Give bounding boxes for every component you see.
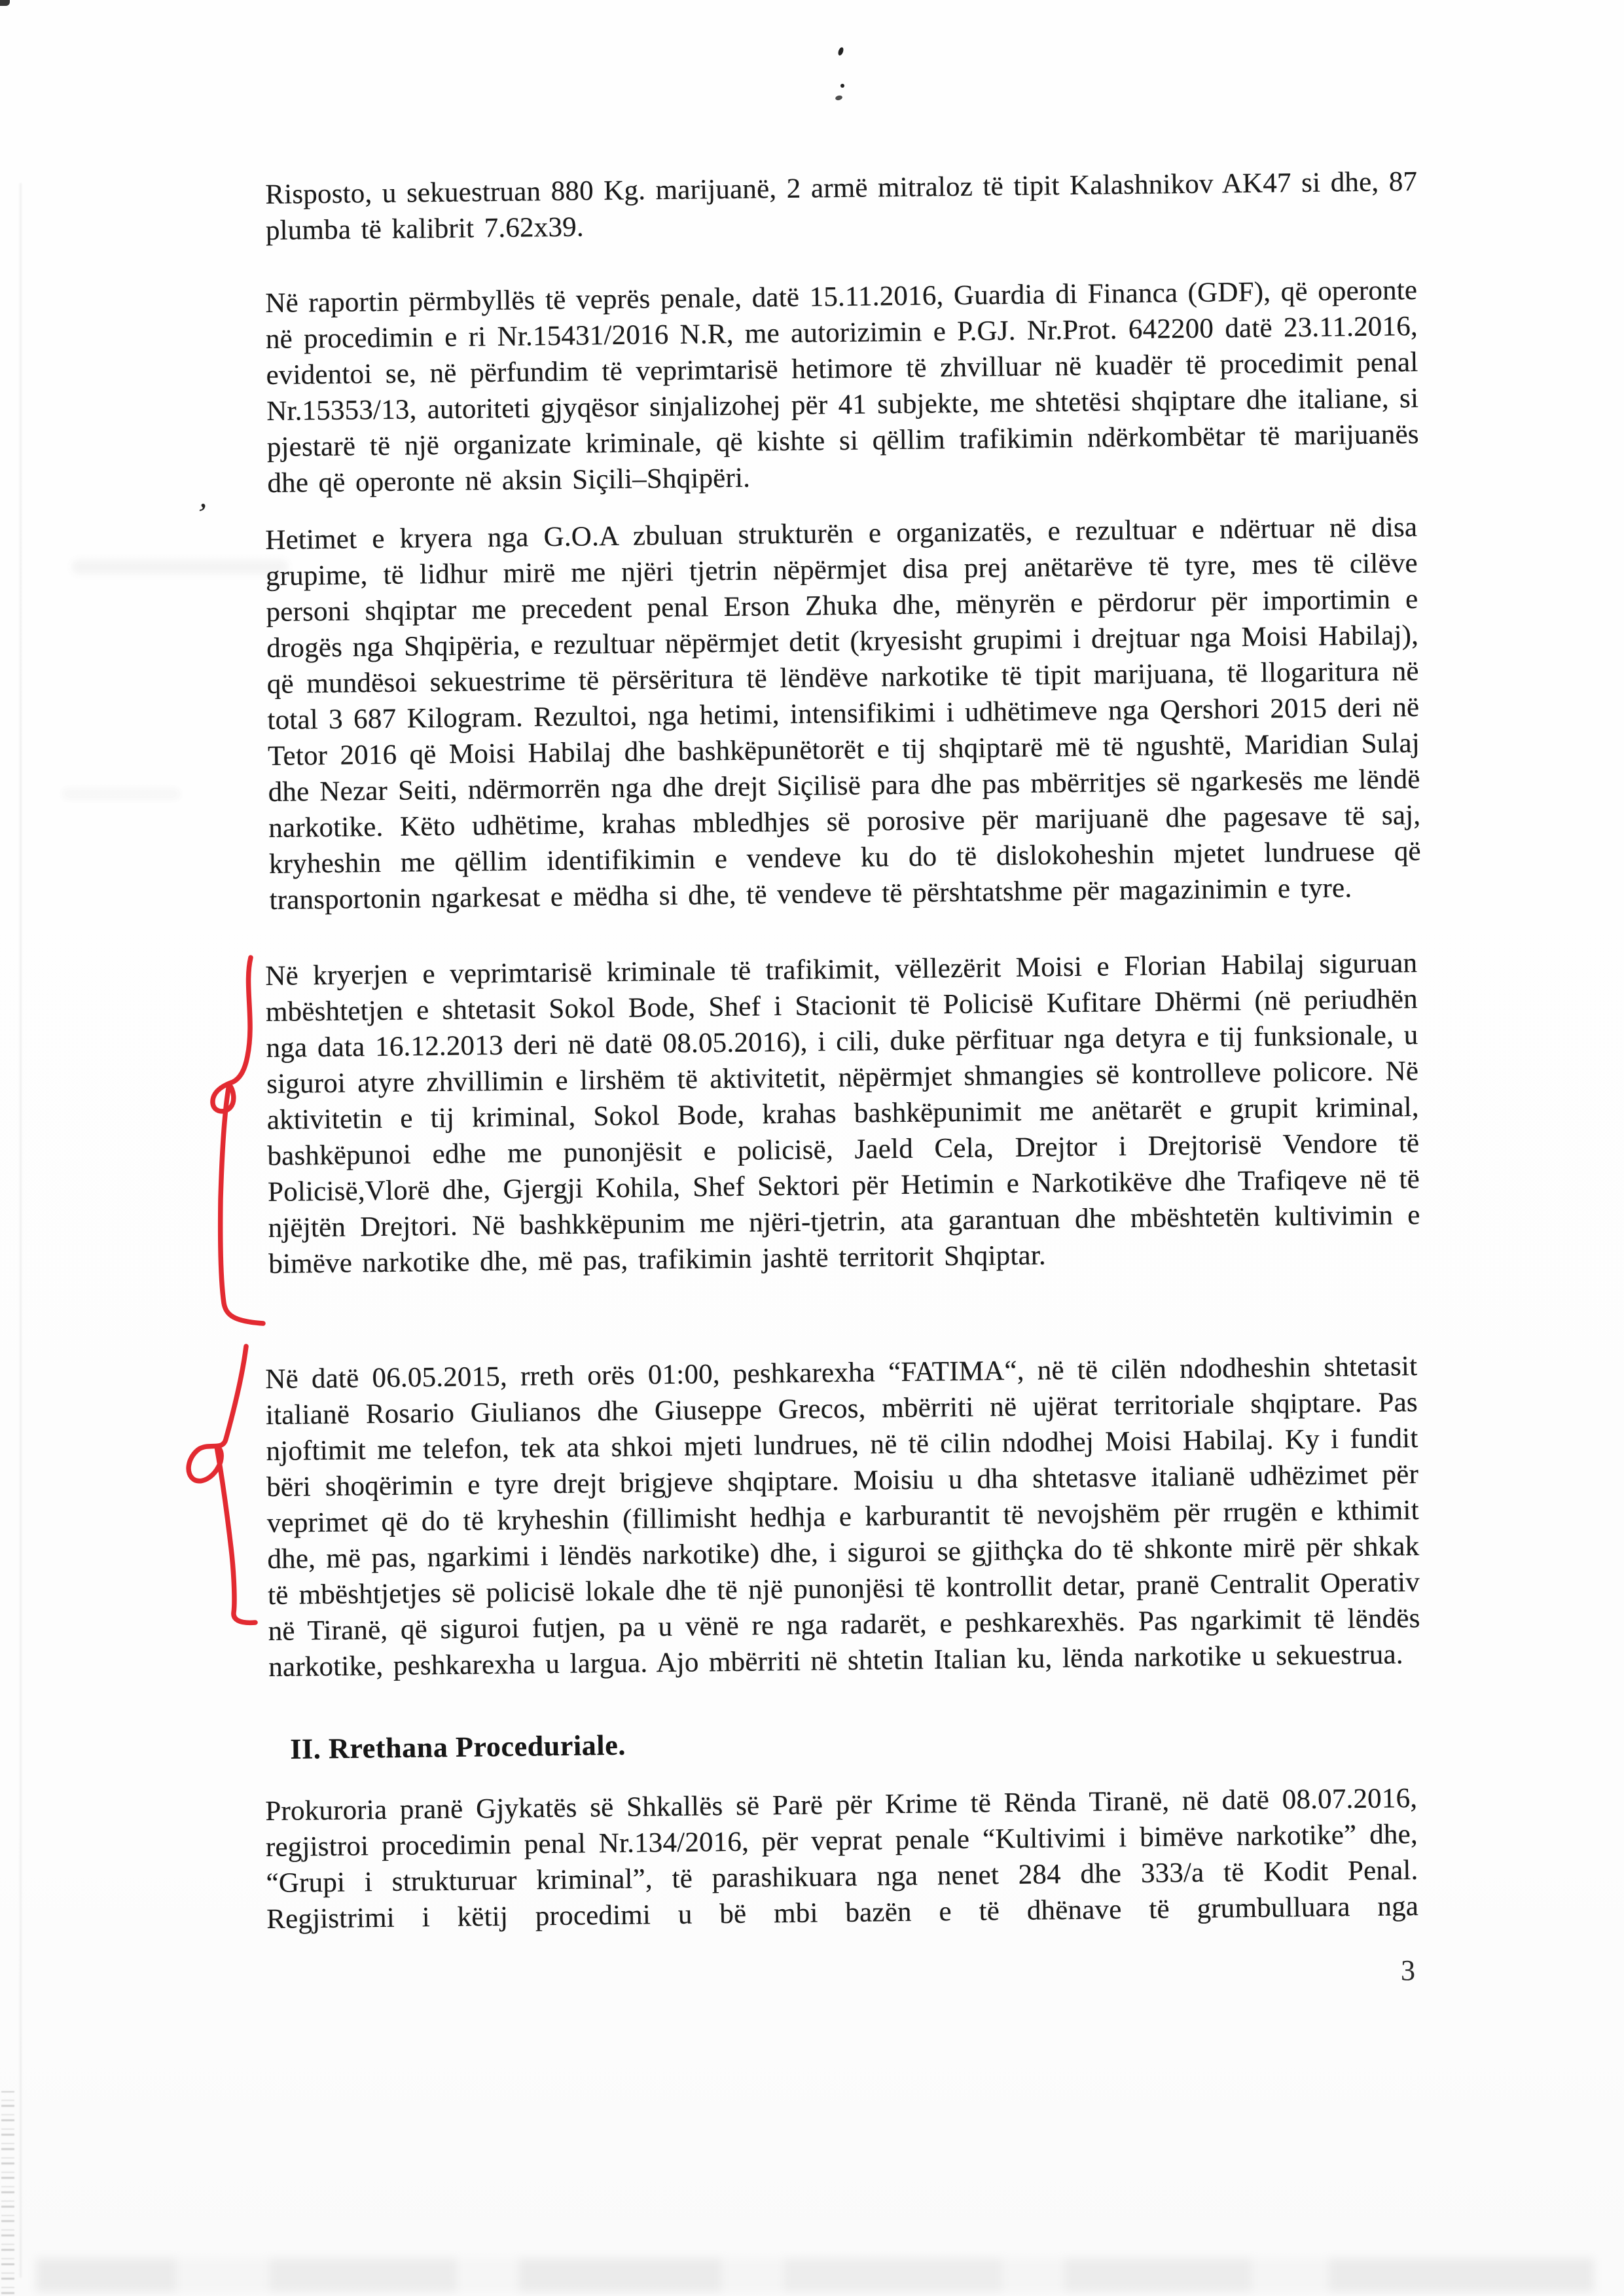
paragraph-seizure: Risposto, u sekuestruan 880 Kg. marijuan… xyxy=(265,164,1418,249)
scan-bottom-shadow xyxy=(36,2258,1594,2292)
paragraph-goa-investigation: Hetimet e kryera nga G.O.A zbuluan struk… xyxy=(265,509,1422,918)
scan-smudge xyxy=(62,789,180,799)
scan-smudge xyxy=(72,560,288,574)
paragraph-gdf-report: Në raportin përmbyllës të veprës penale,… xyxy=(265,272,1420,501)
scanned-document-page: Risposto, u sekuestruan 880 Kg. marijuan… xyxy=(0,0,1624,2296)
paragraph-fatima: Në datë 06.05.2015, rreth orës 01:00, pe… xyxy=(265,1348,1421,1685)
page-number: 3 xyxy=(1401,1954,1415,1987)
paragraph-prokuroria: Prokuroria pranë Gjykatës së Shkallës së… xyxy=(265,1780,1418,1937)
scan-corner-artifact xyxy=(0,0,10,6)
scan-fold-line xyxy=(20,183,22,2278)
ink-speck xyxy=(840,84,844,88)
paragraph-sokol-bode: Në kryerjen e veprimtarisë kriminale të … xyxy=(265,945,1421,1282)
scan-edge-artifacts xyxy=(1,2091,14,2294)
section-heading-rrethana-proceduriale: II. Rrethana Proceduriale. xyxy=(290,1717,1403,1768)
